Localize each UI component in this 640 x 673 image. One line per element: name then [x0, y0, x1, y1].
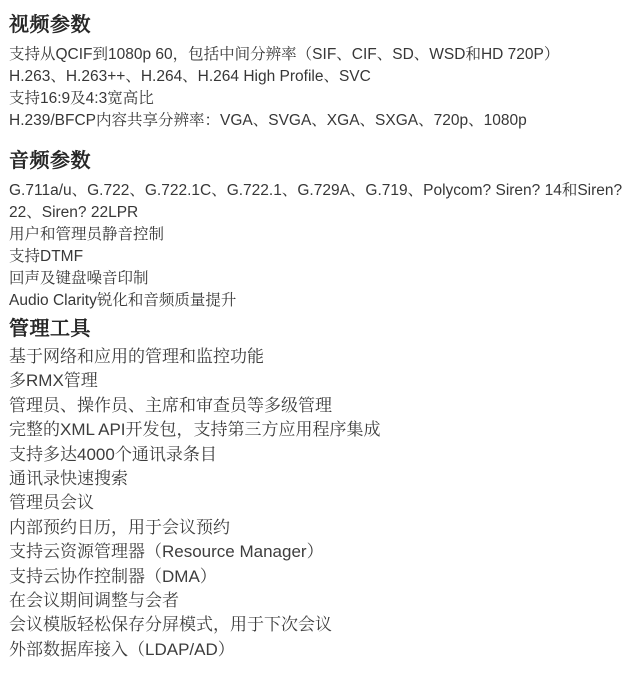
spec-line: 支持从QCIF到1080p 60，包括中间分辨率（SIF、CIF、SD、WSD和…	[9, 44, 632, 66]
spec-line: G.711a/u、G.722、G.722.1C、G.722.1、G.729A、G…	[9, 180, 632, 224]
spec-line: 支持DTMF	[9, 246, 632, 268]
spec-line: 通讯录快速搜索	[9, 467, 632, 491]
management-tools-lines: 基于网络和应用的管理和监控功能 多RMX管理 管理员、操作员、主席和审查员等多级…	[9, 345, 632, 662]
management-tools-heading: 管理工具	[9, 316, 632, 342]
spec-line: 外部数据库接入（LDAP/AD）	[9, 638, 632, 662]
spec-document: 视频参数 支持从QCIF到1080p 60，包括中间分辨率（SIF、CIF、SD…	[0, 0, 640, 662]
spec-line: 用户和管理员静音控制	[9, 224, 632, 246]
spec-line: 支持多达4000个通讯录条目	[9, 443, 632, 467]
video-parameters-lines: 支持从QCIF到1080p 60，包括中间分辨率（SIF、CIF、SD、WSD和…	[9, 44, 632, 132]
spec-line: 回声及键盘噪音印制	[9, 268, 632, 290]
spec-line: 支持云协作控制器（DMA）	[9, 565, 632, 589]
spec-line: 内部预约日历，用于会议预约	[9, 516, 632, 540]
spec-line: 支持16:9及4:3宽高比	[9, 88, 632, 110]
spec-line: 管理员会议	[9, 491, 632, 515]
section-video-parameters: 视频参数 支持从QCIF到1080p 60，包括中间分辨率（SIF、CIF、SD…	[9, 12, 632, 132]
spec-line: 完整的XML API开发包，支持第三方应用程序集成	[9, 418, 632, 442]
section-management-tools: 管理工具 基于网络和应用的管理和监控功能 多RMX管理 管理员、操作员、主席和审…	[9, 316, 632, 662]
spec-line: 基于网络和应用的管理和监控功能	[9, 345, 632, 369]
video-parameters-heading: 视频参数	[9, 12, 632, 38]
spec-line: Audio Clarity锐化和音频质量提升	[9, 290, 632, 312]
spec-line: 会议模版轻松保存分屏模式，用于下次会议	[9, 613, 632, 637]
section-audio-parameters: 音频参数 G.711a/u、G.722、G.722.1C、G.722.1、G.7…	[9, 148, 632, 312]
spec-line: 管理员、操作员、主席和审查员等多级管理	[9, 394, 632, 418]
spec-line: H.239/BFCP内容共享分辨率：VGA、SVGA、XGA、SXGA、720p…	[9, 110, 632, 132]
spec-line: 支持云资源管理器（Resource Manager）	[9, 540, 632, 564]
spec-line: 在会议期间调整与会者	[9, 589, 632, 613]
audio-parameters-lines: G.711a/u、G.722、G.722.1C、G.722.1、G.729A、G…	[9, 180, 632, 312]
audio-parameters-heading: 音频参数	[9, 148, 632, 174]
spec-line: 多RMX管理	[9, 369, 632, 393]
spec-line: H.263、H.263++、H.264、H.264 High Profile、S…	[9, 66, 632, 88]
